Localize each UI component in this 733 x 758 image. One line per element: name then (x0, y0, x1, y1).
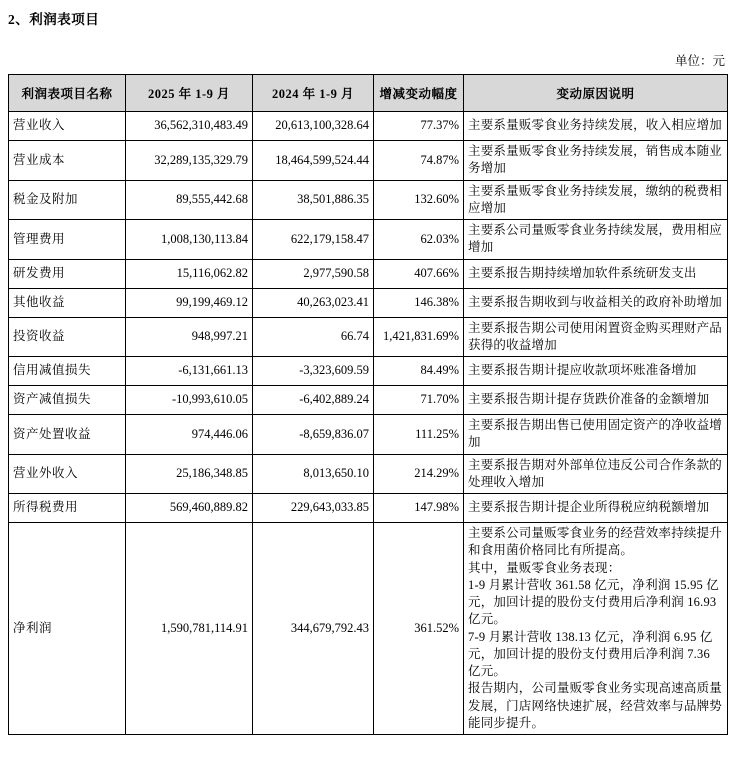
change-rate: 132.60% (374, 180, 464, 220)
amount-2024: 622,179,158.47 (253, 220, 374, 260)
change-reason: 主要系报告期出售已使用固定资产的净收益增加 (464, 415, 728, 455)
amount-2024: 20,613,100,328.64 (253, 112, 374, 141)
section-title: 2、利润表项目 (0, 0, 733, 28)
item-name: 税金及附加 (9, 180, 126, 220)
change-reason: 主要系量贩零食业务持续发展，收入相应增加 (464, 112, 728, 141)
amount-2024: 344,679,792.43 (253, 523, 374, 735)
change-rate: 84.49% (374, 357, 464, 386)
change-reason: 主要系量贩零食业务持续发展，销售成本随业务增加 (464, 141, 728, 181)
header-change: 增减变动幅度 (374, 75, 464, 112)
amount-2025: 948,997.21 (126, 317, 253, 357)
change-reason: 主要系报告期计提应收款项坏账准备增加 (464, 357, 728, 386)
item-name: 净利润 (9, 523, 126, 735)
change-rate: 214.29% (374, 454, 464, 494)
header-2024: 2024 年 1-9 月 (253, 75, 374, 112)
amount-2024: -6,402,889.24 (253, 386, 374, 415)
item-name: 营业外收入 (9, 454, 126, 494)
amount-2024: 38,501,886.35 (253, 180, 374, 220)
change-rate: 146.38% (374, 288, 464, 317)
header-reason: 变动原因说明 (464, 75, 728, 112)
table-row: 管理费用 1,008,130,113.84 622,179,158.47 62.… (9, 220, 728, 260)
table-row: 税金及附加 89,555,442.68 38,501,886.35 132.60… (9, 180, 728, 220)
amount-2025: 99,199,469.12 (126, 288, 253, 317)
amount-2025: 36,562,310,483.49 (126, 112, 253, 141)
table-row: 资产处置收益 974,446.06 -8,659,836.07 111.25% … (9, 415, 728, 455)
table-row: 研发费用 15,116,062.82 2,977,590.58 407.66% … (9, 259, 728, 288)
item-name: 营业成本 (9, 141, 126, 181)
change-rate: 361.52% (374, 523, 464, 735)
change-rate: 407.66% (374, 259, 464, 288)
table-row: 营业外收入 25,186,348.85 8,013,650.10 214.29%… (9, 454, 728, 494)
change-reason: 主要系公司量贩零食业务持续发展，费用相应增加 (464, 220, 728, 260)
item-name: 所得税费用 (9, 494, 126, 523)
item-name: 研发费用 (9, 259, 126, 288)
amount-2025: 1,008,130,113.84 (126, 220, 253, 260)
table-row: 营业成本 32,289,135,329.79 18,464,599,524.44… (9, 141, 728, 181)
header-2025: 2025 年 1-9 月 (126, 75, 253, 112)
change-rate: 71.70% (374, 386, 464, 415)
amount-2025: 32,289,135,329.79 (126, 141, 253, 181)
amount-2024: 229,643,033.85 (253, 494, 374, 523)
change-reason: 主要系报告期计提企业所得税应纳税额增加 (464, 494, 728, 523)
amount-2025: 25,186,348.85 (126, 454, 253, 494)
item-name: 营业收入 (9, 112, 126, 141)
amount-2025: 569,460,889.82 (126, 494, 253, 523)
table-row: 信用减值损失 -6,131,661.13 -3,323,609.59 84.49… (9, 357, 728, 386)
table-row: 所得税费用 569,460,889.82 229,643,033.85 147.… (9, 494, 728, 523)
table-row: 投资收益 948,997.21 66.74 1,421,831.69% 主要系报… (9, 317, 728, 357)
amount-2024: 66.74 (253, 317, 374, 357)
table-row: 营业收入 36,562,310,483.49 20,613,100,328.64… (9, 112, 728, 141)
amount-2024: 40,263,023.41 (253, 288, 374, 317)
item-name: 管理费用 (9, 220, 126, 260)
income-statement-table: 利润表项目名称 2025 年 1-9 月 2024 年 1-9 月 增减变动幅度… (8, 74, 728, 735)
change-rate: 111.25% (374, 415, 464, 455)
item-name: 资产减值损失 (9, 386, 126, 415)
amount-2025: 89,555,442.68 (126, 180, 253, 220)
item-name: 投资收益 (9, 317, 126, 357)
header-row: 利润表项目名称 2025 年 1-9 月 2024 年 1-9 月 增减变动幅度… (9, 75, 728, 112)
item-name: 信用减值损失 (9, 357, 126, 386)
amount-2024: 18,464,599,524.44 (253, 141, 374, 181)
change-reason: 主要系报告期公司使用闲置资金购买理财产品获得的收益增加 (464, 317, 728, 357)
change-rate: 62.03% (374, 220, 464, 260)
header-item-name: 利润表项目名称 (9, 75, 126, 112)
change-reason: 主要系报告期计提存货跌价准备的金额增加 (464, 386, 728, 415)
item-name: 其他收益 (9, 288, 126, 317)
change-rate: 77.37% (374, 112, 464, 141)
change-rate: 74.87% (374, 141, 464, 181)
change-reason: 主要系报告期收到与收益相关的政府补助增加 (464, 288, 728, 317)
amount-2025: 974,446.06 (126, 415, 253, 455)
amount-2025: -10,993,610.05 (126, 386, 253, 415)
amount-2025: -6,131,661.13 (126, 357, 253, 386)
change-rate: 147.98% (374, 494, 464, 523)
document-page: 2、利润表项目 单位：元 利润表项目名称 2025 年 1-9 月 2024 年… (0, 0, 733, 758)
change-reason: 主要系公司量贩零食业务的经营效率持续提升和食用菌价格同比有所提高。 其中，量贩零… (464, 523, 728, 735)
amount-2024: 8,013,650.10 (253, 454, 374, 494)
change-reason: 主要系量贩零食业务持续发展，缴纳的税费相应增加 (464, 180, 728, 220)
item-name: 资产处置收益 (9, 415, 126, 455)
change-reason: 主要系报告期持续增加软件系统研发支出 (464, 259, 728, 288)
change-rate: 1,421,831.69% (374, 317, 464, 357)
change-reason: 主要系报告期对外部单位违反公司合作条款的处理收入增加 (464, 454, 728, 494)
amount-2024: 2,977,590.58 (253, 259, 374, 288)
amount-2025: 1,590,781,114.91 (126, 523, 253, 735)
table-row: 净利润 1,590,781,114.91 344,679,792.43 361.… (9, 523, 728, 735)
table-row: 其他收益 99,199,469.12 40,263,023.41 146.38%… (9, 288, 728, 317)
amount-2025: 15,116,062.82 (126, 259, 253, 288)
amount-2024: -3,323,609.59 (253, 357, 374, 386)
table-row: 资产减值损失 -10,993,610.05 -6,402,889.24 71.7… (9, 386, 728, 415)
amount-2024: -8,659,836.07 (253, 415, 374, 455)
unit-label: 单位：元 (0, 51, 733, 69)
